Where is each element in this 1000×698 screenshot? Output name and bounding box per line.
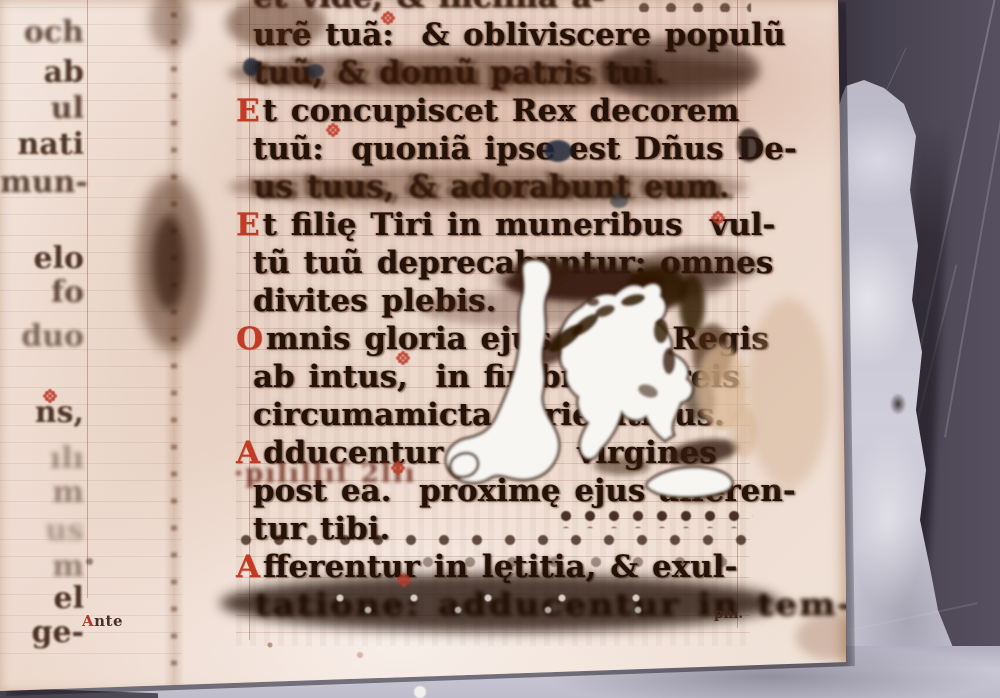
catchword: phī. (714, 606, 743, 622)
facing-column-fragment: mun- (0, 166, 84, 200)
facing-column-fragment: fo (0, 276, 84, 310)
ink-blob (243, 58, 259, 76)
rubric-initial: E (236, 93, 260, 129)
show-through-dots (238, 532, 753, 552)
manuscript-line: Et filię Tiri in muneribus vul- (236, 206, 750, 244)
facing-column-fragment: ılı (0, 442, 84, 476)
ink-blob (306, 64, 324, 78)
margin-note-ante: Ante (82, 612, 123, 630)
facing-column-fragment: elo (0, 242, 84, 276)
facing-column-fragment: m (0, 550, 84, 584)
burn-smear (228, 166, 748, 208)
facing-column-fragment: duo (0, 320, 84, 354)
facing-column-fragment: nati (0, 128, 84, 162)
facing-column-fragment: el ge- (0, 582, 84, 650)
show-through-dots (636, 0, 751, 12)
burn-smear (600, 38, 760, 102)
rosette-icon (401, 356, 405, 360)
show-through-dots (558, 508, 753, 528)
margin-rule (87, 0, 88, 598)
manuscript-page: och ab ul nati mun- elo fo duo ns, ılı m… (0, 0, 846, 698)
rosette-icon (396, 466, 400, 470)
rosette-icon (402, 578, 406, 582)
ash-flecks (320, 588, 660, 620)
facing-column-fragment: ns, (0, 396, 84, 430)
rosette-icon (716, 216, 720, 220)
ink-blob (544, 140, 572, 162)
ink-blob (610, 194, 628, 208)
facing-column-fragment: m (0, 476, 84, 510)
ink-blob (737, 128, 761, 162)
rosette-icon (48, 394, 52, 398)
rubric-initial: A (236, 549, 260, 585)
rosette-icon (331, 128, 335, 132)
rubric-initial: E (236, 207, 260, 243)
facing-column-fragment: ab (0, 56, 84, 90)
manuscript-line: tuũ: quoniã ipse est Dñus De- (236, 130, 750, 168)
rubric-initial: A (82, 612, 94, 630)
rubric-initial: O (236, 321, 263, 357)
facing-column-fragment: us (0, 514, 84, 548)
ink-spot (86, 558, 93, 565)
burn-hole (430, 240, 770, 510)
show-through-dots (420, 554, 750, 570)
rosette-icon (386, 16, 390, 20)
facing-column-fragment: ul (0, 92, 84, 126)
burn-stain (150, 0, 190, 50)
burn-stain (152, 215, 186, 310)
manuscript-photo: och ab ul nati mun- elo fo duo ns, ılı m… (0, 0, 1000, 698)
facing-column-fragment: och (0, 16, 84, 50)
